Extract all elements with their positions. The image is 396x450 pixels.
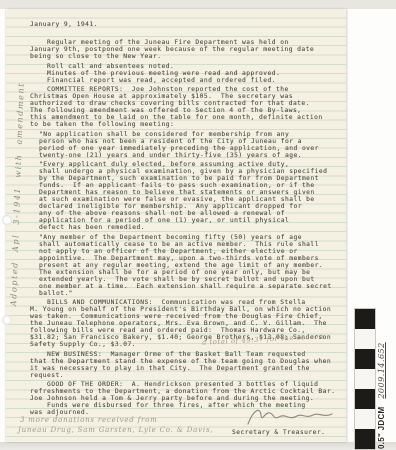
paragraph: COMMITTEE REPORTS: Joe Johnston reported… (30, 86, 336, 128)
secretary-signature-scrawl (244, 405, 336, 431)
accession-label: 0.5" JDCM 2009.14.652 (377, 323, 386, 449)
document-page: January 9, 1941. Regular meeting of the … (6, 9, 346, 442)
accession-number-handwritten: 2009.14.652 (377, 342, 386, 398)
date-line: January 9, 1941. (30, 21, 98, 28)
pencil-donations-annotation-line1: 3 more donations received from (20, 416, 158, 424)
paragraph: Roll call and absentees noted. Minutes o… (30, 63, 336, 84)
scale-bar-square-black (355, 309, 375, 329)
paragraph: "No application shall be considered for … (39, 131, 334, 159)
scale-bar-square-black (355, 349, 375, 369)
scale-bar-square-white (355, 369, 375, 389)
minutes-body: Regular meeting of the Juneau Fire Depar… (30, 39, 336, 419)
paragraph: "Every applicant duly elected, before as… (39, 161, 334, 231)
punch-hole (2, 215, 12, 225)
scanner-edge-top (0, 0, 396, 9)
paragraph: Regular meeting of the Juneau Fire Depar… (30, 39, 336, 60)
calibration-scale-bar (354, 308, 376, 450)
scanner-edge-bottom (0, 442, 396, 450)
accession-printed-label: 0.5" JDCM (377, 406, 386, 449)
paragraph: NEW BUSINESS: Manager Orme of the Basket… (30, 351, 336, 379)
margin-annotation-adopted: Adopted Apl 3-1941 with amendment (9, 81, 26, 306)
punch-hole (2, 315, 12, 325)
scale-bar-square-black (355, 429, 375, 449)
scale-bar-square-black (355, 389, 375, 409)
scale-bar-square-white (355, 409, 375, 429)
paragraph: "Any member of the Department becoming f… (39, 234, 334, 297)
pencil-donations-annotation-line2: Juneau Drug, Sam Garsten, Lyle Co. & Dav… (18, 426, 213, 434)
scale-bar-square-white (355, 329, 375, 349)
signature-title: Secretary & Treasurer. (232, 429, 325, 436)
